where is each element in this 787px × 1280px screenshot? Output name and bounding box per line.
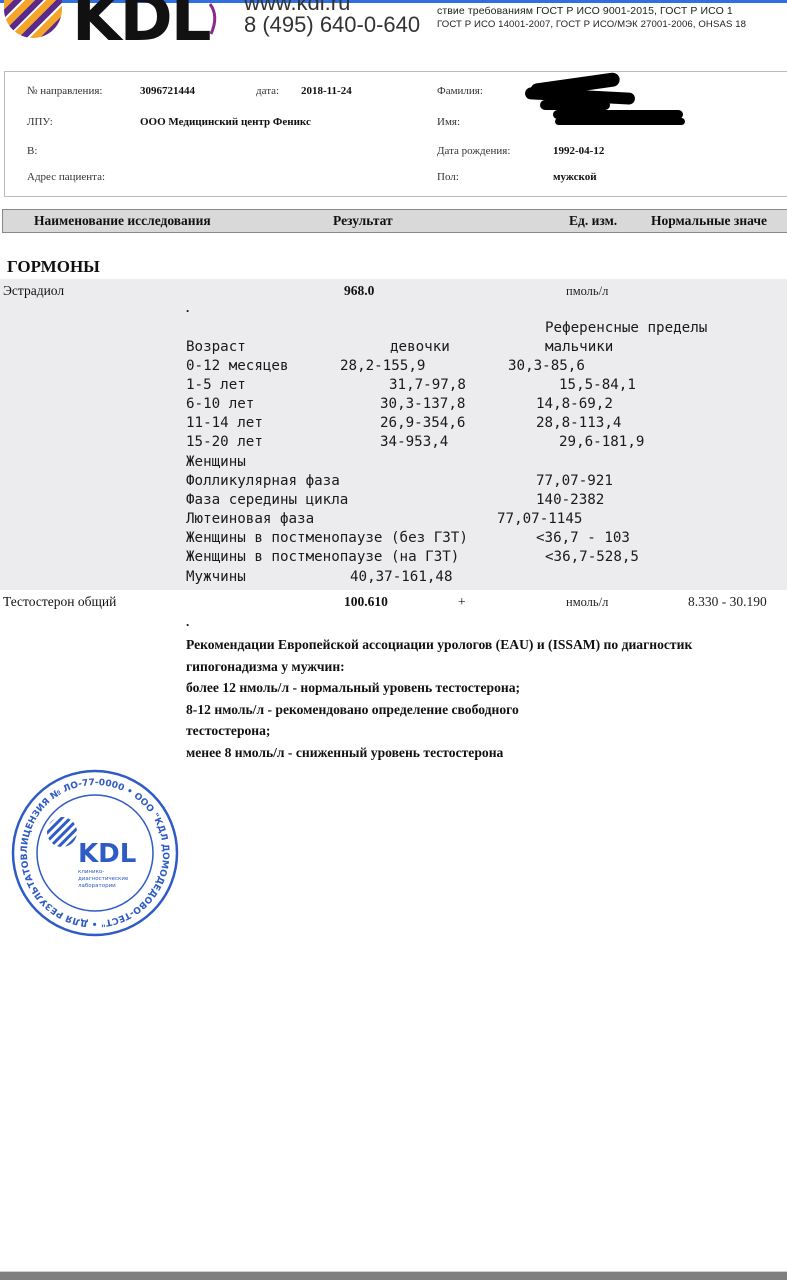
recommendation-line: тестостерона; bbox=[186, 720, 692, 742]
ref-age: 11-14 лет bbox=[186, 414, 263, 433]
logo-chevron-icon bbox=[207, 2, 221, 36]
referral-value: 3096721444 bbox=[140, 85, 195, 97]
women-title: Женщины bbox=[186, 453, 246, 472]
v-label: В: bbox=[27, 145, 37, 157]
women-label: Фолликулярная фаза bbox=[186, 472, 340, 491]
test-name-estradiol: Эстрадиол bbox=[3, 283, 64, 299]
women-label: Фаза середины цикла bbox=[186, 491, 348, 510]
ref-boys: 28,8-113,4 bbox=[536, 414, 621, 433]
recommendation-line: более 12 нмоль/л - нормальный уровень те… bbox=[186, 677, 692, 699]
women-label: Женщины в постменопаузе (без ГЗТ) bbox=[186, 529, 468, 548]
surname-label: Фамилия: bbox=[437, 85, 483, 97]
birth-date-value: 1992-04-12 bbox=[553, 145, 604, 157]
certification-line-1: ствие требованиям ГОСТ Р ИСО 9001-2015, … bbox=[437, 5, 733, 17]
column-normal-header: Нормальные значе bbox=[651, 213, 767, 229]
men-label: Мужчины bbox=[186, 568, 246, 587]
test-reference-testosterone: 8.330 - 30.190 bbox=[688, 594, 767, 610]
note-dot: . bbox=[186, 614, 189, 630]
col-age: Возраст bbox=[186, 338, 246, 357]
ref-boys: 14,8-69,2 bbox=[536, 395, 613, 414]
women-label: Лютеиновая фаза bbox=[186, 510, 314, 529]
recommendation-line: 8-12 нмоль/л - рекомендовано определение… bbox=[186, 699, 692, 721]
svg-text:лаборатории: лаборатории bbox=[78, 883, 116, 889]
ref-boys: 15,5-84,1 bbox=[559, 376, 636, 395]
ref-age: 15-20 лет bbox=[186, 433, 263, 452]
ref-age: 0-12 месяцев bbox=[186, 357, 289, 376]
section-title-hormones: ГОРМОНЫ bbox=[7, 257, 100, 277]
name-label: Имя: bbox=[437, 116, 460, 128]
note-dot: . bbox=[186, 300, 189, 316]
svg-text:диагностические: диагностические bbox=[78, 876, 129, 882]
svg-text:клинико-: клинико- bbox=[78, 869, 104, 875]
column-result-header: Результат bbox=[333, 213, 393, 229]
col-girls: девочки bbox=[390, 338, 450, 357]
birth-date-label: Дата рождения: bbox=[437, 145, 510, 157]
ref-girls: 34-953,4 bbox=[380, 433, 448, 452]
lab-stamp-icon: ЛИЦЕНЗИЯ № ЛО-77-0000 • ООО "КДЛ ДОМОДЕД… bbox=[8, 768, 182, 938]
test-unit-estradiol: пмоль/л bbox=[566, 284, 608, 299]
ref-girls: 26,9-354,6 bbox=[380, 414, 465, 433]
column-unit-header: Ед. изм. bbox=[569, 213, 617, 229]
kdl-logo-icon bbox=[4, 0, 62, 38]
recommendation-line: Рекомендации Европейской ассоциации урол… bbox=[186, 634, 692, 656]
ref-girls: 31,7-97,8 bbox=[389, 376, 466, 395]
lpu-label: ЛПУ: bbox=[27, 116, 53, 128]
date-label: дата: bbox=[256, 85, 279, 97]
recommendation-line: менее 8 нмоль/л - сниженный уровень тест… bbox=[186, 742, 692, 764]
recommendation-line: гипогонадизма у мужчин: bbox=[186, 656, 692, 678]
women-label: Женщины в постменопаузе (на ГЗТ) bbox=[186, 548, 459, 567]
results-table-header: Наименование исследования Результат Ед. … bbox=[2, 209, 787, 233]
abnormal-flag: + bbox=[458, 594, 466, 610]
ref-boys: 30,3-85,6 bbox=[508, 357, 585, 376]
test-result-estradiol: 968.0 bbox=[344, 283, 374, 299]
ref-age: 6-10 лет bbox=[186, 395, 254, 414]
ref-girls: 28,2-155,9 bbox=[340, 357, 425, 376]
col-boys: мальчики bbox=[545, 338, 613, 357]
patient-info-box: № направления: 3096721444 дата: 2018-11-… bbox=[4, 71, 787, 197]
ref-age: 1-5 лет bbox=[186, 376, 246, 395]
recommendations-text: Рекомендации Европейской ассоциации урол… bbox=[186, 634, 692, 764]
women-value: <36,7 - 103 bbox=[536, 529, 630, 548]
women-value: 77,07-1145 bbox=[497, 510, 582, 529]
sex-value: мужской bbox=[553, 171, 597, 183]
bottom-scroll-bar bbox=[0, 1271, 787, 1280]
women-value: 77,07-921 bbox=[536, 472, 613, 491]
men-value: 40,37-161,48 bbox=[350, 568, 453, 587]
ref-boys: 29,6-181,9 bbox=[559, 433, 644, 452]
referral-label: № направления: bbox=[27, 85, 102, 97]
svg-text:KDL: KDL bbox=[78, 839, 136, 869]
women-value: 140-2382 bbox=[536, 491, 604, 510]
women-value: <36,7-528,5 bbox=[545, 548, 639, 567]
phone-number: 8 (495) 640-0-640 bbox=[244, 12, 420, 38]
reference-title: Референсные пределы bbox=[545, 319, 707, 338]
brand-logo-text: KDL bbox=[72, 0, 210, 56]
sex-label: Пол: bbox=[437, 171, 459, 183]
test-name-testosterone: Тестостерон общий bbox=[3, 594, 116, 610]
certification-line-2: ГОСТ Р ИСО 14001-2007, ГОСТ Р ИСО/МЭК 27… bbox=[437, 19, 746, 30]
test-unit-testosterone: нмоль/л bbox=[566, 595, 608, 610]
test-result-testosterone: 100.610 bbox=[344, 594, 388, 610]
date-value: 2018-11-24 bbox=[301, 85, 352, 97]
ref-girls: 30,3-137,8 bbox=[380, 395, 465, 414]
lpu-value: ООО Медицинский центр Феникс bbox=[140, 116, 311, 128]
address-label: Адрес пациента: bbox=[27, 171, 105, 183]
column-name-header: Наименование исследования bbox=[34, 213, 211, 229]
